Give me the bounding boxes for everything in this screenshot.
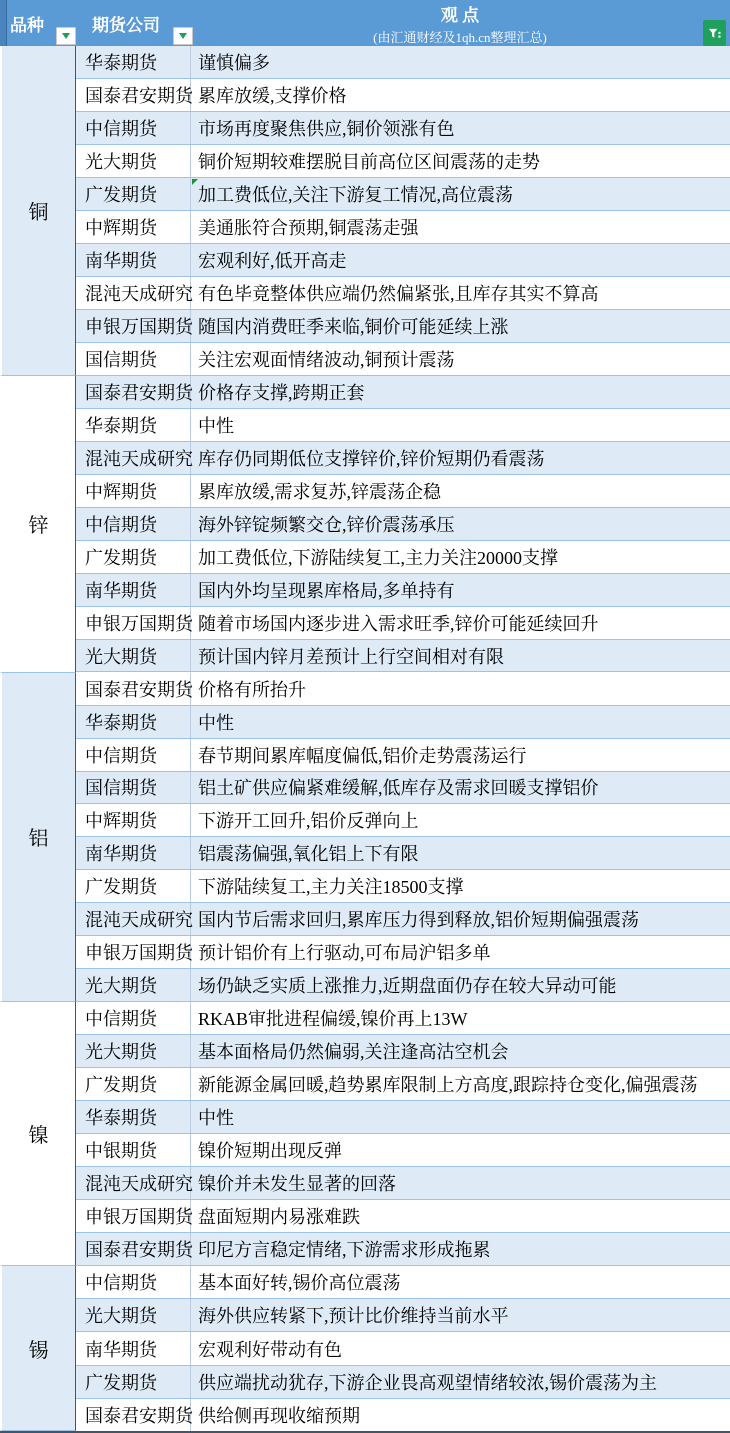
viewpoint-text: 中性 — [198, 1104, 234, 1130]
viewpoint-text: 中性 — [198, 709, 234, 735]
company-cell[interactable]: 混沌天成研究 — [76, 442, 190, 474]
company-cell[interactable]: 国泰君安期货 — [76, 376, 190, 408]
table-row: 中信期货海外锌锭频繁交仓,锌价震荡承压 — [76, 508, 730, 541]
viewpoint-text: 国内节后需求回归,累库压力得到释放,铝价短期偏强震荡 — [198, 906, 639, 932]
viewpoint-cell[interactable]: 中性 — [190, 409, 730, 441]
viewpoint-text: 供给侧再现收缩预期 — [198, 1402, 360, 1428]
company-name: 申银万国期货 — [85, 313, 193, 339]
company-name: 中信期货 — [85, 511, 157, 537]
company-name: 广发期货 — [85, 181, 157, 207]
table-row: 广发期货下游陆续复工,主力关注18500支撑 — [76, 870, 730, 903]
company-name: 申银万国期货 — [85, 610, 193, 636]
viewpoint-text: 海外供应转紧下,预计比价维持当前水平 — [198, 1302, 509, 1328]
viewpoint-cell[interactable]: 铝震荡偏强,氧化铝上下有限 — [190, 837, 730, 869]
table-row: 中辉期货累库放缓,需求复苏,锌震荡企稳 — [76, 475, 730, 508]
viewpoint-cell[interactable]: 基本面格局仍然偏弱,关注逢高沽空机会 — [190, 1035, 730, 1067]
viewpoint-cell[interactable]: 国内外均呈现累库格局,多单持有 — [190, 574, 730, 606]
company-cell[interactable]: 中信期货 — [76, 112, 190, 144]
company-name: 国泰君安期货 — [85, 82, 193, 108]
viewpoint-cell[interactable]: 海外供应转紧下,预计比价维持当前水平 — [190, 1299, 730, 1331]
funnel-glyph — [707, 26, 722, 41]
viewpoint-header-title: 观 点 — [441, 1, 479, 26]
company-cell[interactable]: 国泰君安期货 — [76, 79, 190, 111]
table-row: 光大期货海外供应转紧下,预计比价维持当前水平 — [76, 1299, 730, 1332]
company-cell[interactable]: 中信期货 — [76, 508, 190, 540]
table-row: 混沌天成研究国内节后需求回归,累库压力得到释放,铝价短期偏强震荡 — [76, 903, 730, 936]
company-name: 华泰期货 — [85, 1104, 157, 1130]
metal-cell[interactable]: 锡 — [0, 1266, 76, 1431]
company-cell[interactable]: 华泰期货 — [76, 1101, 190, 1133]
viewpoint-cell[interactable]: 场仍缺乏实质上涨推力,近期盘面仍存在较大异动可能 — [190, 969, 730, 1001]
viewpoint-text: 海外锌锭频繁交仓,锌价震荡承压 — [198, 511, 455, 537]
table-row: 中信期货春节期间累库幅度偏低,铝价走势震荡运行 — [76, 739, 730, 772]
table-row: 国泰君安期货累库放缓,支撑价格 — [76, 79, 730, 112]
metal-label: 铝 — [29, 822, 49, 851]
viewpoint-cell[interactable]: 随着市场国内逐步进入需求旺季,锌价可能延续回升 — [190, 607, 730, 639]
metal-section: 铝国泰君安期货价格有所抬升华泰期货中性中信期货春节期间累库幅度偏低,铝价走势震荡… — [0, 673, 730, 1003]
company-cell[interactable]: 南华期货 — [76, 837, 190, 869]
company-name: 光大期货 — [85, 643, 157, 669]
company-cell[interactable]: 中辉期货 — [76, 211, 190, 243]
chevron-down-icon — [62, 33, 70, 39]
viewpoint-cell[interactable]: 新能源金属回暖,趋势累库限制上方高度,跟踪持仓变化,偏强震荡 — [190, 1068, 730, 1100]
table-row: 光大期货基本面格局仍然偏弱,关注逢高沽空机会 — [76, 1035, 730, 1068]
company-name: 南华期货 — [85, 577, 157, 603]
company-name: 广发期货 — [85, 544, 157, 570]
chevron-down-icon — [179, 33, 187, 39]
viewpoint-text: 美通胀符合预期,铜震荡走强 — [198, 214, 419, 240]
company-cell[interactable]: 光大期货 — [76, 145, 190, 177]
company-cell[interactable]: 混沌天成研究 — [76, 1167, 190, 1199]
viewpoint-cell[interactable]: 基本面好转,锡价高位震荡 — [190, 1266, 730, 1298]
company-cell[interactable]: 广发期货 — [76, 1366, 190, 1398]
company-name: 华泰期货 — [85, 709, 157, 735]
company-name: 中辉期货 — [85, 214, 157, 240]
spreadsheet-table: 品种 期货公司 观 点 (由汇通财经及1qh.cn整理汇总) 铜华泰期货谨慎偏多… — [0, 0, 730, 1433]
company-cell[interactable]: 中辉期货 — [76, 804, 190, 836]
company-name: 国信期货 — [85, 774, 157, 800]
table-row: 华泰期货中性 — [76, 409, 730, 442]
company-cell[interactable]: 华泰期货 — [76, 46, 190, 78]
metal-cell[interactable]: 铜 — [0, 46, 76, 376]
company-name: 混沌天成研究 — [85, 280, 193, 306]
viewpoint-text: 镍价短期出现反弹 — [198, 1137, 342, 1163]
viewpoint-cell[interactable]: 镍价并未发生显著的回落 — [190, 1167, 730, 1199]
viewpoint-cell[interactable]: 印尼方言稳定情绪,下游需求形成拖累 — [190, 1233, 730, 1265]
company-cell[interactable]: 申银万国期货 — [76, 310, 190, 342]
viewpoint-cell[interactable]: 中性 — [190, 706, 730, 738]
viewpoint-text: 关注宏观面情绪波动,铜预计震荡 — [198, 346, 455, 372]
table-row: 申银万国期货盘面短期内易涨难跌 — [76, 1200, 730, 1233]
table-row: 申银万国期货随国内消费旺季来临,铜价可能延续上涨 — [76, 310, 730, 343]
table-row: 国泰君安期货价格有所抬升 — [76, 673, 730, 706]
company-name: 申银万国期货 — [85, 939, 193, 965]
table-row: 广发期货加工费低位,下游陆续复工,主力关注20000支撑 — [76, 541, 730, 574]
table-row: 华泰期货中性 — [76, 706, 730, 739]
table-row: 中银期货镍价短期出现反弹 — [76, 1134, 730, 1167]
viewpoint-cell[interactable]: 镍价短期出现反弹 — [190, 1134, 730, 1166]
viewpoint-text: 库存仍同期低位支撑锌价,锌价短期仍看震荡 — [198, 445, 545, 471]
company-name: 中信期货 — [85, 1005, 157, 1031]
viewpoint-text: 预计铝价有上行驱动,可布局沪铝多单 — [198, 939, 491, 965]
company-name: 申银万国期货 — [85, 1203, 193, 1229]
section-rows: 国泰君安期货价格存支撑,跨期正套华泰期货中性混沌天成研究库存仍同期低位支撑锌价,… — [76, 376, 730, 673]
company-cell[interactable]: 中信期货 — [76, 739, 190, 771]
company-name: 国泰君安期货 — [85, 379, 193, 405]
company-cell[interactable]: 广发期货 — [76, 1068, 190, 1100]
metal-section: 锡中信期货基本面好转,锡价高位震荡光大期货海外供应转紧下,预计比价维持当前水平南… — [0, 1266, 730, 1431]
viewpoint-cell[interactable]: 铜价短期较难摆脱目前高位区间震荡的走势 — [190, 145, 730, 177]
viewpoint-cell[interactable]: 盘面短期内易涨难跌 — [190, 1200, 730, 1232]
company-cell[interactable]: 国信期货 — [76, 772, 190, 804]
company-name: 中信期货 — [85, 115, 157, 141]
section-rows: 中信期货基本面好转,锡价高位震荡光大期货海外供应转紧下,预计比价维持当前水平南华… — [76, 1266, 730, 1431]
metal-section: 镍中信期货RKAB审批进程偏缓,镍价再上13W光大期货基本面格局仍然偏弱,关注逢… — [0, 1002, 730, 1266]
company-name: 南华期货 — [85, 840, 157, 866]
company-name: 中信期货 — [85, 742, 157, 768]
variety-header-label: 品种 — [10, 11, 44, 36]
company-name: 中信期货 — [85, 1269, 157, 1295]
company-cell[interactable]: 混沌天成研究 — [76, 903, 190, 935]
table-row: 中信期货市场再度聚焦供应,铜价领涨有色 — [76, 112, 730, 145]
viewpoint-cell[interactable]: RKAB审批进程偏缓,镍价再上13W — [190, 1002, 730, 1034]
viewpoint-text: 加工费低位,关注下游复工情况,高位震荡 — [198, 181, 513, 207]
table-row: 光大期货场仍缺乏实质上涨推力,近期盘面仍存在较大异动可能 — [76, 969, 730, 1002]
company-cell[interactable]: 华泰期货 — [76, 409, 190, 441]
viewpoint-cell[interactable]: 加工费低位,关注下游复工情况,高位震荡 — [190, 178, 730, 210]
viewpoint-text: 基本面好转,锡价高位震荡 — [198, 1269, 401, 1295]
viewpoint-text: 场仍缺乏实质上涨推力,近期盘面仍存在较大异动可能 — [198, 972, 617, 998]
table-row: 申银万国期货随着市场国内逐步进入需求旺季,锌价可能延续回升 — [76, 607, 730, 640]
company-cell[interactable]: 光大期货 — [76, 969, 190, 1001]
viewpoint-cell[interactable]: 价格存支撑,跨期正套 — [190, 376, 730, 408]
table-row: 广发期货供应端扰动犹存,下游企业畏高观望情绪较浓,锡价震荡为主 — [76, 1366, 730, 1399]
viewpoint-text: 价格存支撑,跨期正套 — [198, 379, 365, 405]
metal-label: 铜 — [29, 196, 49, 225]
table-row: 国泰君安期货价格存支撑,跨期正套 — [76, 376, 730, 409]
viewpoint-text: 春节期间累库幅度偏低,铝价走势震荡运行 — [198, 742, 527, 768]
company-name: 广发期货 — [85, 873, 157, 899]
company-cell[interactable]: 国泰君安期货 — [76, 673, 190, 705]
table-row: 光大期货铜价短期较难摆脱目前高位区间震荡的走势 — [76, 145, 730, 178]
viewpoint-cell[interactable]: 市场再度聚焦供应,铜价领涨有色 — [190, 112, 730, 144]
company-name: 南华期货 — [85, 247, 157, 273]
viewpoint-cell[interactable]: 预计铝价有上行驱动,可布局沪铝多单 — [190, 936, 730, 968]
table-body: 铜华泰期货谨慎偏多国泰君安期货累库放缓,支撑价格中信期货市场再度聚焦供应,铜价领… — [0, 46, 730, 1433]
company-name: 国泰君安期货 — [85, 676, 193, 702]
table-row: 华泰期货谨慎偏多 — [76, 46, 730, 79]
viewpoint-text: 随国内消费旺季来临,铜价可能延续上涨 — [198, 313, 509, 339]
viewpoint-cell[interactable]: 加工费低位,下游陆续复工,主力关注20000支撑 — [190, 541, 730, 573]
viewpoint-header-subtitle: (由汇通财经及1qh.cn整理汇总) — [373, 27, 547, 46]
company-name: 混沌天成研究 — [85, 1170, 193, 1196]
table-row: 国泰君安期货供给侧再现收缩预期 — [76, 1399, 730, 1431]
table-row: 中信期货基本面好转,锡价高位震荡 — [76, 1266, 730, 1299]
company-cell[interactable]: 南华期货 — [76, 244, 190, 276]
company-cell[interactable]: 中辉期货 — [76, 475, 190, 507]
metal-cell[interactable]: 铝 — [0, 673, 76, 1003]
viewpoint-text: 累库放缓,支撑价格 — [198, 82, 347, 108]
table-row: 广发期货加工费低位,关注下游复工情况,高位震荡 — [76, 178, 730, 211]
table-row: 华泰期货中性 — [76, 1101, 730, 1134]
company-name: 光大期货 — [85, 1302, 157, 1328]
viewpoint-text: 下游陆续复工,主力关注18500支撑 — [198, 873, 464, 899]
viewpoint-cell[interactable]: 谨慎偏多 — [190, 46, 730, 78]
viewpoint-text: 宏观利好带动有色 — [198, 1336, 342, 1362]
company-name: 国泰君安期货 — [85, 1402, 193, 1428]
table-row: 混沌天成研究镍价并未发生显著的回落 — [76, 1167, 730, 1200]
metal-cell[interactable]: 锌 — [0, 376, 76, 673]
company-name: 华泰期货 — [85, 412, 157, 438]
company-cell[interactable]: 申银万国期货 — [76, 607, 190, 639]
viewpoint-cell[interactable]: 累库放缓,需求复苏,锌震荡企稳 — [190, 475, 730, 507]
company-cell[interactable]: 混沌天成研究 — [76, 277, 190, 309]
company-name: 光大期货 — [85, 148, 157, 174]
company-name: 中银期货 — [85, 1137, 157, 1163]
viewpoint-text: 镍价并未发生显著的回落 — [198, 1170, 396, 1196]
company-name: 混沌天成研究 — [85, 906, 193, 932]
viewpoint-cell[interactable]: 宏观利好带动有色 — [190, 1332, 730, 1364]
viewpoint-cell[interactable]: 供应端扰动犹存,下游企业畏高观望情绪较浓,锡价震荡为主 — [190, 1366, 730, 1398]
viewpoint-cell[interactable]: 下游陆续复工,主力关注18500支撑 — [190, 870, 730, 902]
table-row: 中信期货RKAB审批进程偏缓,镍价再上13W — [76, 1002, 730, 1035]
viewpoint-cell[interactable]: 预计国内锌月差预计上行空间相对有限 — [190, 640, 730, 672]
viewpoint-text: 基本面格局仍然偏弱,关注逢高沽空机会 — [198, 1038, 509, 1064]
company-name: 国泰君安期货 — [85, 1236, 193, 1262]
variety-filter-dropdown[interactable] — [56, 27, 76, 45]
company-cell[interactable]: 中银期货 — [76, 1134, 190, 1166]
company-cell[interactable]: 广发期货 — [76, 870, 190, 902]
company-cell[interactable]: 广发期货 — [76, 541, 190, 573]
section-rows: 中信期货RKAB审批进程偏缓,镍价再上13W光大期货基本面格局仍然偏弱,关注逢高… — [76, 1002, 730, 1266]
metal-section: 锌国泰君安期货价格存支撑,跨期正套华泰期货中性混沌天成研究库存仍同期低位支撑锌价… — [0, 376, 730, 673]
viewpoint-text: 铝震荡偏强,氧化铝上下有限 — [198, 840, 419, 866]
company-cell[interactable]: 申银万国期货 — [76, 1200, 190, 1232]
viewpoint-text: 谨慎偏多 — [198, 49, 270, 75]
comment-marker-icon — [192, 179, 198, 185]
metal-label: 锌 — [29, 509, 49, 538]
viewpoint-text: RKAB审批进程偏缓,镍价再上13W — [198, 1005, 468, 1031]
table-row: 混沌天成研究库存仍同期低位支撑锌价,锌价短期仍看震荡 — [76, 442, 730, 475]
company-cell[interactable]: 南华期货 — [76, 574, 190, 606]
metal-label: 锡 — [29, 1334, 49, 1363]
table-header: 品种 期货公司 观 点 (由汇通财经及1qh.cn整理汇总) — [0, 0, 730, 46]
viewpoint-cell[interactable]: 中性 — [190, 1101, 730, 1133]
company-cell[interactable]: 光大期货 — [76, 640, 190, 672]
company-cell[interactable]: 中信期货 — [76, 1266, 190, 1298]
viewpoint-cell[interactable]: 春节期间累库幅度偏低,铝价走势震荡运行 — [190, 739, 730, 771]
company-name: 广发期货 — [85, 1071, 157, 1097]
viewpoint-cell[interactable]: 下游开工回升,铝价反弹向上 — [190, 804, 730, 836]
viewpoint-text: 宏观利好,低开高走 — [198, 247, 347, 273]
header-cell-company[interactable]: 期货公司 — [76, 0, 190, 46]
table-row: 中辉期货美通胀符合预期,铜震荡走强 — [76, 211, 730, 244]
viewpoint-cell[interactable]: 供给侧再现收缩预期 — [190, 1399, 730, 1431]
company-cell[interactable]: 国泰君安期货 — [76, 1233, 190, 1265]
viewpoint-text: 随着市场国内逐步进入需求旺季,锌价可能延续回升 — [198, 610, 599, 636]
viewpoint-text: 中性 — [198, 412, 234, 438]
company-name: 光大期货 — [85, 972, 157, 998]
company-cell[interactable]: 华泰期货 — [76, 706, 190, 738]
viewpoint-text: 印尼方言稳定情绪,下游需求形成拖累 — [198, 1236, 491, 1262]
viewpoint-text: 加工费低位,下游陆续复工,主力关注20000支撑 — [198, 544, 558, 570]
viewpoint-text: 市场再度聚焦供应,铜价领涨有色 — [198, 115, 455, 141]
viewpoint-cell[interactable]: 库存仍同期低位支撑锌价,锌价短期仍看震荡 — [190, 442, 730, 474]
table-row: 南华期货铝震荡偏强,氧化铝上下有限 — [76, 837, 730, 870]
company-name: 华泰期货 — [85, 49, 157, 75]
header-cell-variety[interactable]: 品种 — [0, 0, 76, 46]
table-row: 混沌天成研究有色毕竟整体供应端仍然偏紧张,且库存其实不算高 — [76, 277, 730, 310]
table-row: 南华期货国内外均呈现累库格局,多单持有 — [76, 574, 730, 607]
viewpoint-text: 国内外均呈现累库格局,多单持有 — [198, 577, 455, 603]
viewpoint-cell[interactable]: 国内节后需求回归,累库压力得到释放,铝价短期偏强震荡 — [190, 903, 730, 935]
table-row: 南华期货宏观利好带动有色 — [76, 1332, 730, 1365]
viewpoint-cell[interactable]: 有色毕竟整体供应端仍然偏紧张,且库存其实不算高 — [190, 277, 730, 309]
table-row: 中辉期货下游开工回升,铝价反弹向上 — [76, 804, 730, 837]
header-cell-viewpoint: 观 点 (由汇通财经及1qh.cn整理汇总) — [190, 0, 730, 46]
company-cell[interactable]: 南华期货 — [76, 1332, 190, 1364]
table-row: 申银万国期货预计铝价有上行驱动,可布局沪铝多单 — [76, 936, 730, 969]
company-header-label: 期货公司 — [92, 11, 160, 36]
viewpoint-text: 新能源金属回暖,趋势累库限制上方高度,跟踪持仓变化,偏强震荡 — [198, 1071, 698, 1097]
viewpoint-text: 下游开工回升,铝价反弹向上 — [198, 807, 419, 833]
viewpoint-text: 有色毕竟整体供应端仍然偏紧张,且库存其实不算高 — [198, 280, 599, 306]
company-name: 广发期货 — [85, 1369, 157, 1395]
company-name: 中辉期货 — [85, 807, 157, 833]
viewpoint-cell[interactable]: 关注宏观面情绪波动,铜预计震荡 — [190, 343, 730, 375]
filter-funnel-icon[interactable] — [703, 20, 726, 46]
company-name: 光大期货 — [85, 1038, 157, 1064]
table-row: 国信期货铝土矿供应偏紧难缓解,低库存及需求回暖支撑铝价 — [76, 772, 730, 805]
company-cell[interactable]: 国泰君安期货 — [76, 1399, 190, 1431]
section-rows: 华泰期货谨慎偏多国泰君安期货累库放缓,支撑价格中信期货市场再度聚焦供应,铜价领涨… — [76, 46, 730, 376]
company-cell[interactable]: 光大期货 — [76, 1299, 190, 1331]
company-name: 国信期货 — [85, 346, 157, 372]
viewpoint-cell[interactable]: 价格有所抬升 — [190, 673, 730, 705]
company-name: 混沌天成研究 — [85, 445, 193, 471]
company-name: 南华期货 — [85, 1336, 157, 1362]
table-row: 南华期货宏观利好,低开高走 — [76, 244, 730, 277]
viewpoint-text: 铝土矿供应偏紧难缓解,低库存及需求回暖支撑铝价 — [198, 774, 599, 800]
company-cell[interactable]: 申银万国期货 — [76, 936, 190, 968]
table-row: 光大期货预计国内锌月差预计上行空间相对有限 — [76, 640, 730, 673]
viewpoint-cell[interactable]: 铝土矿供应偏紧难缓解,低库存及需求回暖支撑铝价 — [190, 772, 730, 804]
viewpoint-cell[interactable]: 海外锌锭频繁交仓,锌价震荡承压 — [190, 508, 730, 540]
viewpoint-cell[interactable]: 累库放缓,支撑价格 — [190, 79, 730, 111]
table-row: 国泰君安期货印尼方言稳定情绪,下游需求形成拖累 — [76, 1233, 730, 1266]
viewpoint-text: 盘面短期内易涨难跌 — [198, 1203, 360, 1229]
viewpoint-text: 供应端扰动犹存,下游企业畏高观望情绪较浓,锡价震荡为主 — [198, 1369, 657, 1395]
viewpoint-text: 价格有所抬升 — [198, 676, 306, 702]
company-name: 中辉期货 — [85, 478, 157, 504]
table-row: 国信期货关注宏观面情绪波动,铜预计震荡 — [76, 343, 730, 376]
viewpoint-text: 铜价短期较难摆脱目前高位区间震荡的走势 — [198, 148, 540, 174]
metal-label: 镍 — [29, 1119, 49, 1148]
viewpoint-cell[interactable]: 美通胀符合预期,铜震荡走强 — [190, 211, 730, 243]
table-row: 广发期货新能源金属回暖,趋势累库限制上方高度,跟踪持仓变化,偏强震荡 — [76, 1068, 730, 1101]
viewpoint-cell[interactable]: 宏观利好,低开高走 — [190, 244, 730, 276]
company-cell[interactable]: 广发期货 — [76, 178, 190, 210]
company-cell[interactable]: 光大期货 — [76, 1035, 190, 1067]
metal-section: 铜华泰期货谨慎偏多国泰君安期货累库放缓,支撑价格中信期货市场再度聚焦供应,铜价领… — [0, 46, 730, 376]
viewpoint-text: 预计国内锌月差预计上行空间相对有限 — [198, 643, 504, 669]
company-cell[interactable]: 国信期货 — [76, 343, 190, 375]
viewpoint-text: 累库放缓,需求复苏,锌震荡企稳 — [198, 478, 441, 504]
viewpoint-cell[interactable]: 随国内消费旺季来临,铜价可能延续上涨 — [190, 310, 730, 342]
metal-cell[interactable]: 镍 — [0, 1002, 76, 1266]
company-cell[interactable]: 中信期货 — [76, 1002, 190, 1034]
section-rows: 国泰君安期货价格有所抬升华泰期货中性中信期货春节期间累库幅度偏低,铝价走势震荡运… — [76, 673, 730, 1003]
